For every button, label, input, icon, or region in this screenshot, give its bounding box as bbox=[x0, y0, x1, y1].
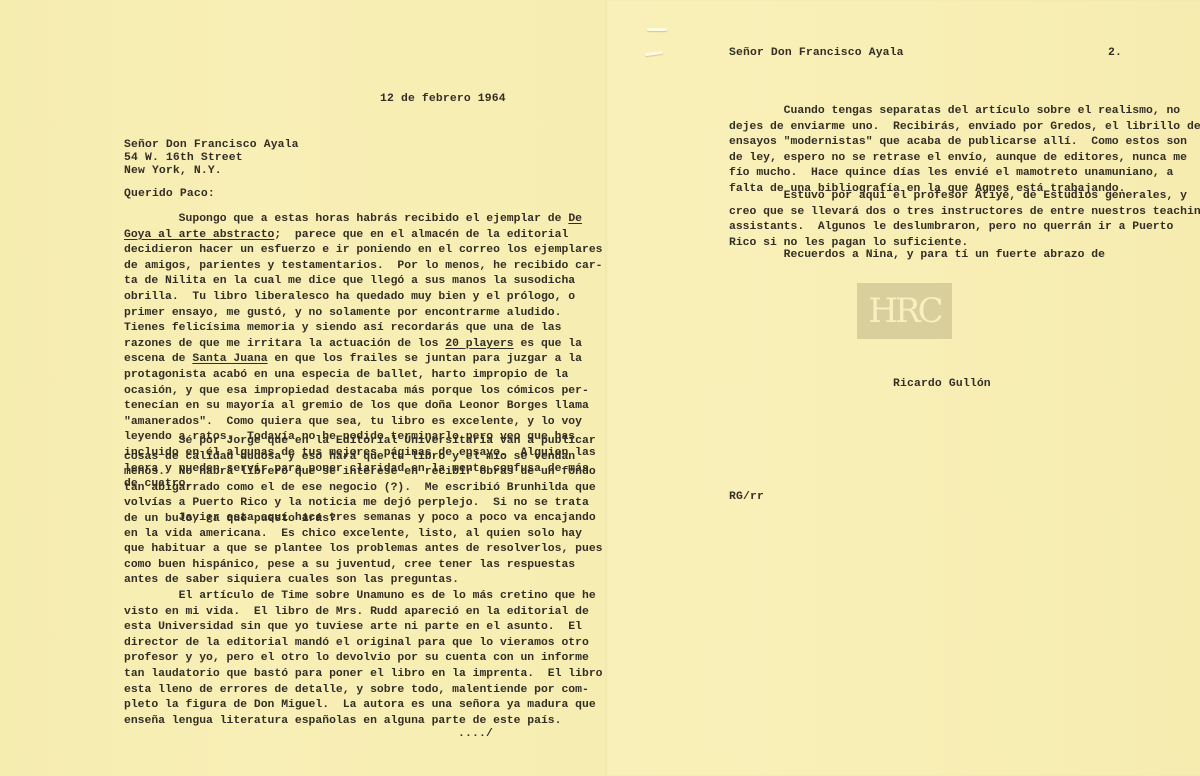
text-line: Sé por Jorge que en la Editorial Univers… bbox=[124, 434, 596, 450]
text-line: profesor y yo, pero el otro lo devolvio … bbox=[124, 651, 603, 667]
text-line: obrilla. Tu libro liberalesco ha quedado… bbox=[124, 290, 603, 306]
text-line: cosas de calidad dudosa y eso hará que t… bbox=[124, 450, 596, 466]
text-line: ta de Nilita en la cual me dice que lleg… bbox=[124, 274, 603, 290]
text-line: escena de Santa Juana en que los frailes… bbox=[124, 352, 603, 368]
text-line: volvías a Puerto Rico y la noticia me de… bbox=[124, 496, 596, 512]
text-line: protagonista acabó en una especia de bal… bbox=[124, 368, 603, 384]
hrc-logo-icon: HRC bbox=[857, 283, 952, 339]
text-line: tan abigarrado como el de ese negocio (?… bbox=[124, 481, 596, 497]
text-line: de ley, espero no se retrase el envío, a… bbox=[729, 151, 1200, 167]
text-line: Javier esta aquí hace tres semanas y poc… bbox=[124, 511, 603, 527]
letter-date: 12 de febrero 1964 bbox=[380, 92, 506, 108]
text-line: ocasión, y que esa impropiedad destacaba… bbox=[124, 384, 603, 400]
text-line: antes de saber siquiera cuales son las p… bbox=[124, 573, 603, 589]
body-paragraph: Cuando tengas separatas del artículo sob… bbox=[729, 104, 1200, 198]
text-line: menos. No habrá librero que se interese … bbox=[124, 465, 596, 481]
text-line: esta lleno de errores de detalle, y sobr… bbox=[124, 683, 603, 699]
text-line: enseña lengua literatura españolas en al… bbox=[124, 714, 603, 730]
body-paragraph: Estuvo por aquí el profesor Atiyé, de Es… bbox=[729, 189, 1200, 251]
text-line: esta Universidad sin que yo tuviese arte… bbox=[124, 620, 603, 636]
recipient-city: New York, N.Y. bbox=[124, 164, 222, 180]
text-line: de amigos, parientes y testamentarios. P… bbox=[124, 259, 603, 275]
text-line: "amanerados". Como quiera que sea, tu li… bbox=[124, 415, 603, 431]
text-line: razones de que me irritara la actuación … bbox=[124, 337, 603, 353]
text-line: El artículo de Time sobre Unamuno es de … bbox=[124, 589, 603, 605]
text-line: Cuando tengas separatas del artículo sob… bbox=[729, 104, 1200, 120]
text-line: dejes de enviarme uno. Recibirás, enviad… bbox=[729, 120, 1200, 136]
text-line: como buen hispánico, pese a su juventud,… bbox=[124, 558, 603, 574]
text-line: en la vida americana. Es chico excelente… bbox=[124, 527, 603, 543]
signature: Ricardo Gullón bbox=[893, 377, 991, 393]
page-number: 2. bbox=[1108, 46, 1122, 62]
body-paragraph: Javier esta aquí hace tres semanas y poc… bbox=[124, 511, 603, 589]
text-line: Tienes felicísima memoria y siendo así r… bbox=[124, 321, 603, 337]
text-line: que habituar a que se plantee los proble… bbox=[124, 542, 603, 558]
body-paragraph: El artículo de Time sobre Unamuno es de … bbox=[124, 589, 603, 729]
text-line: Goya al arte abstracto; parece que en el… bbox=[124, 228, 603, 244]
text-line: primer ensayo, me gustó, y no solamente … bbox=[124, 306, 603, 322]
text-line: Supongo que a estas horas habrás recibid… bbox=[124, 212, 603, 228]
body-paragraph: Recuerdos a Nina, y para tí un fuerte ab… bbox=[729, 248, 1105, 264]
typist-initials: RG/rr bbox=[729, 490, 764, 506]
text-line: visto en mi vida. El libro de Mrs. Rudd … bbox=[124, 605, 603, 621]
staple-mark-icon bbox=[647, 28, 667, 31]
text-line: director de la editorial mandó el origin… bbox=[124, 636, 603, 652]
page2-header: Señor Don Francisco Ayala bbox=[729, 46, 904, 62]
text-line: decidieron hacer un esfuerzo e ir ponien… bbox=[124, 243, 603, 259]
text-line: creo que se llevará dos o tres instructo… bbox=[729, 205, 1200, 221]
text-line: pleto la figura de Don Miguel. La autora… bbox=[124, 698, 603, 714]
text-line: assistants. Algunos le deslumbraron, per… bbox=[729, 220, 1200, 236]
text-line: ensayos "modernistas" que acaba de publi… bbox=[729, 135, 1200, 151]
continuation-mark: ..../ bbox=[458, 727, 493, 743]
hrc-watermark-text: HRC bbox=[868, 291, 940, 331]
text-line: Recuerdos a Nina, y para tí un fuerte ab… bbox=[729, 248, 1105, 264]
text-line: tan laudatorio que bastó para poner el l… bbox=[124, 667, 603, 683]
text-line: tenecían en su mayoría al gremio de los … bbox=[124, 399, 603, 415]
text-line: fío mucho. Hace quince días les envié el… bbox=[729, 166, 1200, 182]
salutation: Querido Paco: bbox=[124, 187, 215, 203]
text-line: Estuvo por aquí el profesor Atiyé, de Es… bbox=[729, 189, 1200, 205]
